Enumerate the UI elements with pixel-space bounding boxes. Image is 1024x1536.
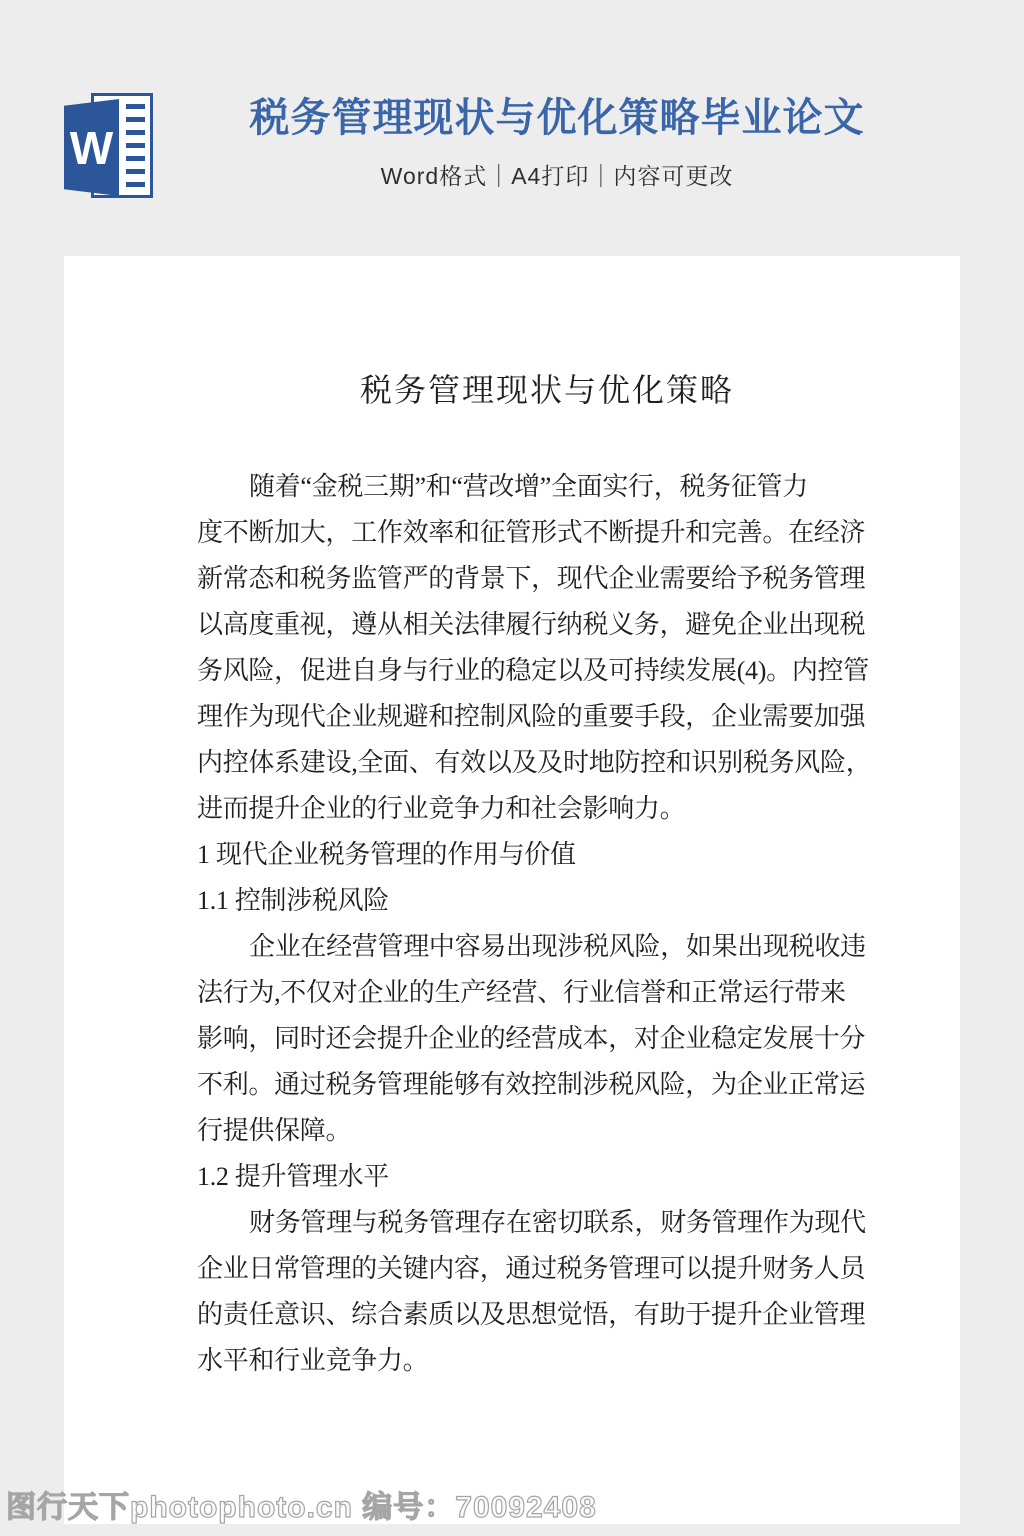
text-line: 务风险，促进自身与行业的稳定以及可持续发展(4)。内控管 [197, 648, 897, 694]
text-line: 理作为现代企业规避和控制风险的重要手段，企业需要加强 [197, 694, 897, 740]
document-title: 税务管理现状与优化策略 [197, 367, 897, 413]
text-line: 企业在经营管理中容易出现涉税风险，如果出现税收违 [197, 924, 897, 970]
text-line: 不利。通过税务管理能够有效控制涉税风险，为企业正常运 [197, 1062, 897, 1108]
text-line: 行提供保障。 [197, 1108, 897, 1154]
text-line: 1 现代企业税务管理的作用与价值 [197, 832, 897, 878]
watermark-text: 图行天下photophoto.cn 编号：70092408 [6, 1482, 597, 1526]
text-line: 的责任意识、综合素质以及思想觉悟，有助于提升企业管理 [197, 1292, 897, 1338]
text-line: 影响，同时还会提升企业的经营成本，对企业稳定发展十分 [197, 1016, 897, 1062]
text-line: 新常态和税务监管严的背景下，现代企业需要给予税务管理 [197, 556, 897, 602]
document-page: 税务管理现状与优化策略 随着“金税三期”和“营改增”全面实行，税务征管力度不断加… [64, 256, 960, 1524]
header-subtitle: Word格式｜A4打印｜内容可更改 [130, 158, 984, 191]
text-line: 法行为,不仅对企业的生产经营、行业信誉和正常运行带来 [197, 970, 897, 1016]
text-line: 1.2 提升管理水平 [197, 1154, 897, 1200]
text-line: 以高度重视，遵从相关法律履行纳税义务，避免企业出现税 [197, 602, 897, 648]
header-title: 税务管理现状与优化策略毕业论文 [130, 96, 984, 140]
header: W 税务管理现状与优化策略毕业论文 Word格式｜A4打印｜内容可更改 [0, 0, 1024, 256]
text-line: 财务管理与税务管理存在密切联系，财务管理作为现代 [197, 1200, 897, 1246]
header-text: 税务管理现状与优化策略毕业论文 Word格式｜A4打印｜内容可更改 [130, 96, 984, 191]
preview-canvas: { "header": { "icon_letter": "W", "title… [0, 0, 1024, 1536]
text-line: 水平和行业竞争力。 [197, 1338, 897, 1384]
document-body: 随着“金税三期”和“营改增”全面实行，税务征管力度不断加大，工作效率和征管形式不… [197, 464, 897, 1384]
text-line: 内控体系建设,全面、有效以及及时地防控和识别税务风险， [197, 740, 897, 786]
text-line: 进而提升企业的行业竞争力和社会影响力。 [197, 786, 897, 832]
text-line: 随着“金税三期”和“营改增”全面实行，税务征管力 [197, 464, 897, 510]
word-icon-letter: W [70, 125, 113, 171]
text-line: 1.1 控制涉税风险 [197, 878, 897, 924]
document-content: 税务管理现状与优化策略 随着“金税三期”和“营改增”全面实行，税务征管力度不断加… [197, 256, 897, 1384]
word-icon-panel: W [64, 99, 119, 196]
text-line: 度不断加大，工作效率和征管形式不断提升和完善。在经济 [197, 510, 897, 556]
text-line: 企业日常管理的关键内容，通过税务管理可以提升财务人员 [197, 1246, 897, 1292]
